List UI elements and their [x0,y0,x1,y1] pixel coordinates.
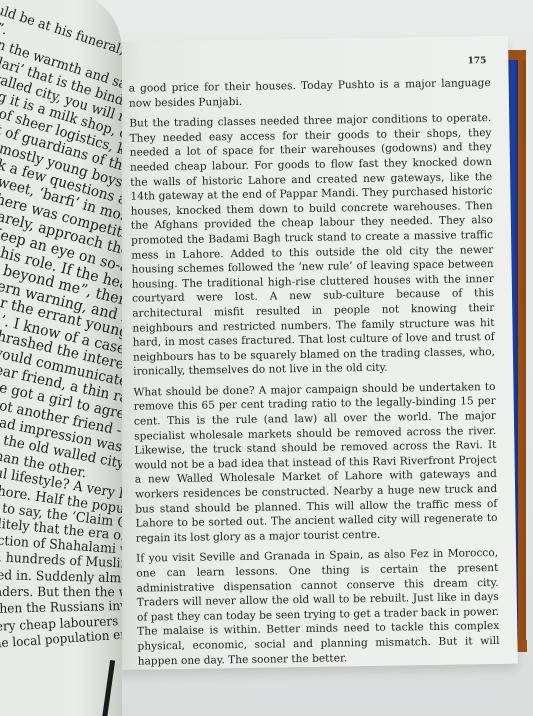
page-body: a good price for their houses. Today Pus… [129,76,500,675]
paragraph: What should be done? A major campaign sh… [133,380,497,546]
right-page: 175 a good price for their houses. Today… [108,36,518,670]
page-number: 175 [467,56,486,66]
left-page: ould be at his funeral, insteadn”.on the… [0,0,122,716]
paragraph: a good price for their houses. Today Pus… [129,76,491,111]
book-photo: 175 a good price for their houses. Today… [0,0,533,716]
left-page-line: raders. But then the worst [0,585,122,600]
paragraph: If you visit Seville and Granada in Spai… [136,546,500,668]
paragraph: But the trading classes needed three maj… [129,111,495,379]
